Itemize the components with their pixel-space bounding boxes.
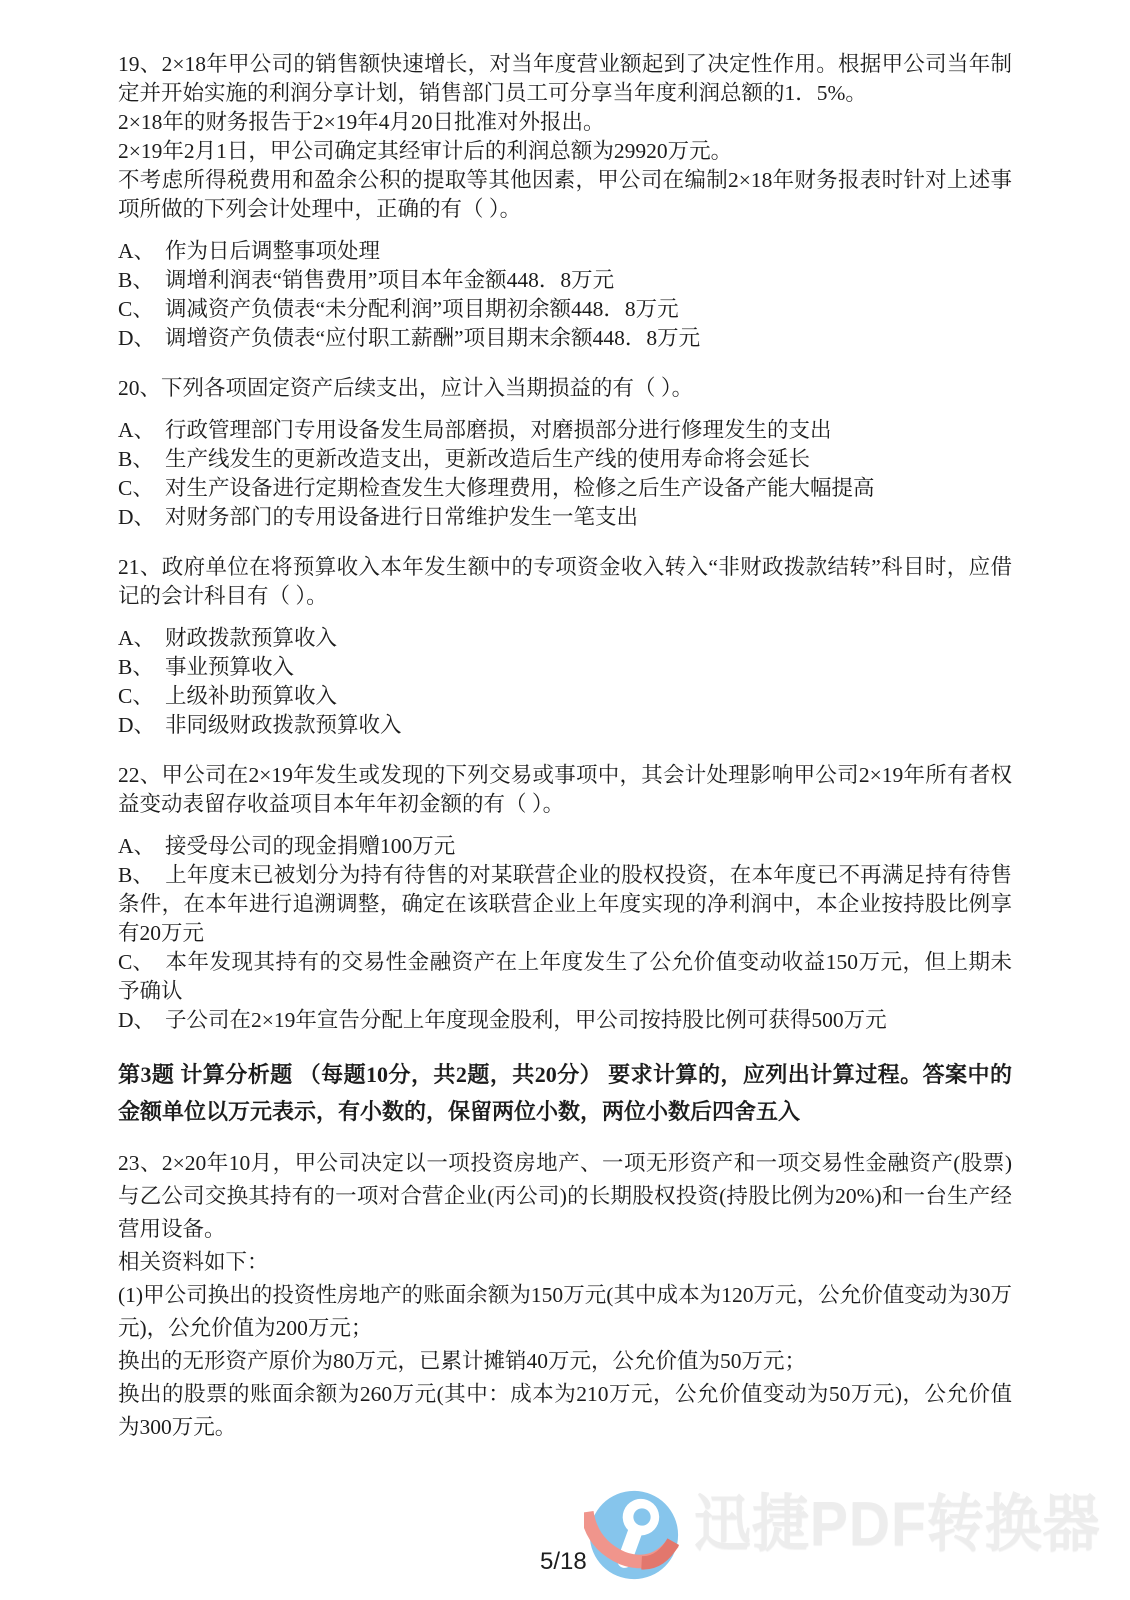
question-21-option-a: A、财政拨款预算收入 xyxy=(118,624,1012,653)
option-label: A、 xyxy=(118,624,165,653)
option-label: B、 xyxy=(118,445,165,474)
option-text: 对财务部门的专用设备进行日常维护发生一笔支出 xyxy=(165,505,638,529)
question-22-option-c: C、本年发现其持有的交易性金融资产在上年度发生了公允价值变动收益150万元，但上… xyxy=(118,948,1012,1006)
option-text: 生产线发生的更新改造支出，更新改造后生产线的使用寿命将会延长 xyxy=(165,447,810,471)
question-22: 22、甲公司在2×19年发生或发现的下列交易或事项中，其会计处理影响甲公司2×1… xyxy=(118,761,1012,1035)
option-label: B、 xyxy=(118,861,165,890)
question-21-option-d: D、非同级财政拨款预算收入 xyxy=(118,711,1012,740)
question-23-paragraph-3: (1)甲公司换出的投资性房地产的账面余额为150万元(其中成本为120万元，公允… xyxy=(118,1279,1012,1345)
option-label: D、 xyxy=(118,1006,165,1035)
question-19-option-d: D、调增资产负债表“应付职工薪酬”项目期末余额448．8万元 xyxy=(118,324,1012,353)
option-text: 非同级财政拨款预算收入 xyxy=(165,713,402,737)
question-22-option-b: B、上年度末已被划分为持有待售的对某联营企业的股权投资，在本年度已不再满足持有待… xyxy=(118,861,1012,948)
option-text: 行政管理部门专用设备发生局部磨损，对磨损部分进行修理发生的支出 xyxy=(165,418,832,442)
option-text: 上级补助预算收入 xyxy=(165,684,337,708)
option-text: 调增资产负债表“应付职工薪酬”项目期末余额448．8万元 xyxy=(165,326,700,350)
question-19-paragraph-4: 不考虑所得税费用和盈余公积的提取等其他因素，甲公司在编制2×18年财务报表时针对… xyxy=(118,166,1012,224)
question-22-paragraph-1: 22、甲公司在2×19年发生或发现的下列交易或事项中，其会计处理影响甲公司2×1… xyxy=(118,761,1012,819)
question-19-paragraph-1: 19、2×18年甲公司的销售额快速增长，对当年度营业额起到了决定性作用。根据甲公… xyxy=(118,50,1012,108)
option-label: D、 xyxy=(118,711,165,740)
watermark-text: 迅捷PDF转换器 xyxy=(694,1486,1101,1564)
question-23-paragraph-1: 23、2×20年10月，甲公司决定以一项投资房地产、一项无形资产和一项交易性金融… xyxy=(118,1147,1012,1246)
question-20: 20、下列各项固定资产后续支出，应计入当期损益的有（ ）。 A、行政管理部门专用… xyxy=(118,374,1012,532)
question-22-options: A、接受母公司的现金捐赠100万元 B、上年度末已被划分为持有待售的对某联营企业… xyxy=(118,832,1012,1035)
option-text: 对生产设备进行定期检查发生大修理费用，检修之后生产设备产能大幅提高 xyxy=(165,476,875,500)
question-21-option-c: C、上级补助预算收入 xyxy=(118,682,1012,711)
option-text: 子公司在2×19年宣告分配上年度现金股利，甲公司按持股比例可获得500万元 xyxy=(165,1008,887,1032)
question-21-paragraph-1: 21、政府单位在将预算收入本年发生额中的专项资金收入转入“非财政拨款结转”科目时… xyxy=(118,553,1012,611)
option-label: B、 xyxy=(118,266,165,295)
option-text: 调减资产负债表“未分配利润”项目期初余额448．8万元 xyxy=(165,297,679,321)
page-number: 5/18 xyxy=(540,1548,587,1576)
option-label: B、 xyxy=(118,653,165,682)
question-20-option-a: A、行政管理部门专用设备发生局部磨损，对磨损部分进行修理发生的支出 xyxy=(118,416,1012,445)
question-20-option-c: C、对生产设备进行定期检查发生大修理费用，检修之后生产设备产能大幅提高 xyxy=(118,474,1012,503)
option-label: C、 xyxy=(118,948,165,977)
question-19-paragraph-3: 2×19年2月1日，甲公司确定其经审计后的利润总额为29920万元。 xyxy=(118,137,1012,166)
question-19-option-a: A、作为日后调整事项处理 xyxy=(118,237,1012,266)
question-19-options: A、作为日后调整事项处理 B、调增利润表“销售费用”项目本年金额448．8万元 … xyxy=(118,237,1012,353)
question-19-paragraph-2: 2×18年的财务报告于2×19年4月20日批准对外报出。 xyxy=(118,108,1012,137)
question-22-option-d: D、子公司在2×19年宣告分配上年度现金股利，甲公司按持股比例可获得500万元 xyxy=(118,1006,1012,1035)
option-text: 作为日后调整事项处理 xyxy=(165,239,380,263)
question-22-option-a: A、接受母公司的现金捐赠100万元 xyxy=(118,832,1012,861)
question-23: 23、2×20年10月，甲公司决定以一项投资房地产、一项无形资产和一项交易性金融… xyxy=(118,1147,1012,1444)
question-21-option-b: B、事业预算收入 xyxy=(118,653,1012,682)
option-label: A、 xyxy=(118,416,165,445)
option-text: 接受母公司的现金捐赠100万元 xyxy=(165,834,455,858)
option-label: D、 xyxy=(118,503,165,532)
question-20-options: A、行政管理部门专用设备发生局部磨损，对磨损部分进行修理发生的支出 B、生产线发… xyxy=(118,416,1012,532)
page-content: 19、2×18年甲公司的销售额快速增长，对当年度营业额起到了决定性作用。根据甲公… xyxy=(118,50,1012,1465)
question-20-paragraph-1: 20、下列各项固定资产后续支出，应计入当期损益的有（ ）。 xyxy=(118,374,1012,403)
option-label: C、 xyxy=(118,295,165,324)
question-19-option-c: C、调减资产负债表“未分配利润”项目期初余额448．8万元 xyxy=(118,295,1012,324)
question-23-paragraph-2: 相关资料如下： xyxy=(118,1246,1012,1279)
question-21: 21、政府单位在将预算收入本年发生额中的专项资金收入转入“非财政拨款结转”科目时… xyxy=(118,553,1012,740)
option-text: 上年度末已被划分为持有待售的对某联营企业的股权投资，在本年度已不再满足持有待售条… xyxy=(118,863,1012,945)
option-text: 调增利润表“销售费用”项目本年金额448．8万元 xyxy=(165,268,614,292)
option-text: 事业预算收入 xyxy=(165,655,294,679)
section-3-header: 第3题 计算分析题 （每题10分，共2题，共20分） 要求计算的，应列出计算过程… xyxy=(118,1056,1012,1130)
option-label: C、 xyxy=(118,682,165,711)
option-label: C、 xyxy=(118,474,165,503)
option-text: 财政拨款预算收入 xyxy=(165,626,337,650)
question-19: 19、2×18年甲公司的销售额快速增长，对当年度营业额起到了决定性作用。根据甲公… xyxy=(118,50,1012,353)
option-label: A、 xyxy=(118,237,165,266)
option-label: D、 xyxy=(118,324,165,353)
question-23-paragraph-5: 换出的股票的账面余额为260万元(其中：成本为210万元，公允价值变动为50万元… xyxy=(118,1378,1012,1444)
pdf-converter-logo-icon xyxy=(584,1487,680,1583)
option-text: 本年发现其持有的交易性金融资产在上年度发生了公允价值变动收益150万元，但上期未… xyxy=(118,950,1012,1003)
question-21-options: A、财政拨款预算收入 B、事业预算收入 C、上级补助预算收入 D、非同级财政拨款… xyxy=(118,624,1012,740)
option-label: A、 xyxy=(118,832,165,861)
pdf-document-page: 19、2×18年甲公司的销售额快速增长，对当年度营业额起到了决定性作用。根据甲公… xyxy=(0,0,1130,1600)
question-19-option-b: B、调增利润表“销售费用”项目本年金额448．8万元 xyxy=(118,266,1012,295)
question-20-option-b: B、生产线发生的更新改造支出，更新改造后生产线的使用寿命将会延长 xyxy=(118,445,1012,474)
question-20-option-d: D、对财务部门的专用设备进行日常维护发生一笔支出 xyxy=(118,503,1012,532)
question-23-paragraph-4: 换出的无形资产原价为80万元，已累计摊销40万元，公允价值为50万元； xyxy=(118,1345,1012,1378)
